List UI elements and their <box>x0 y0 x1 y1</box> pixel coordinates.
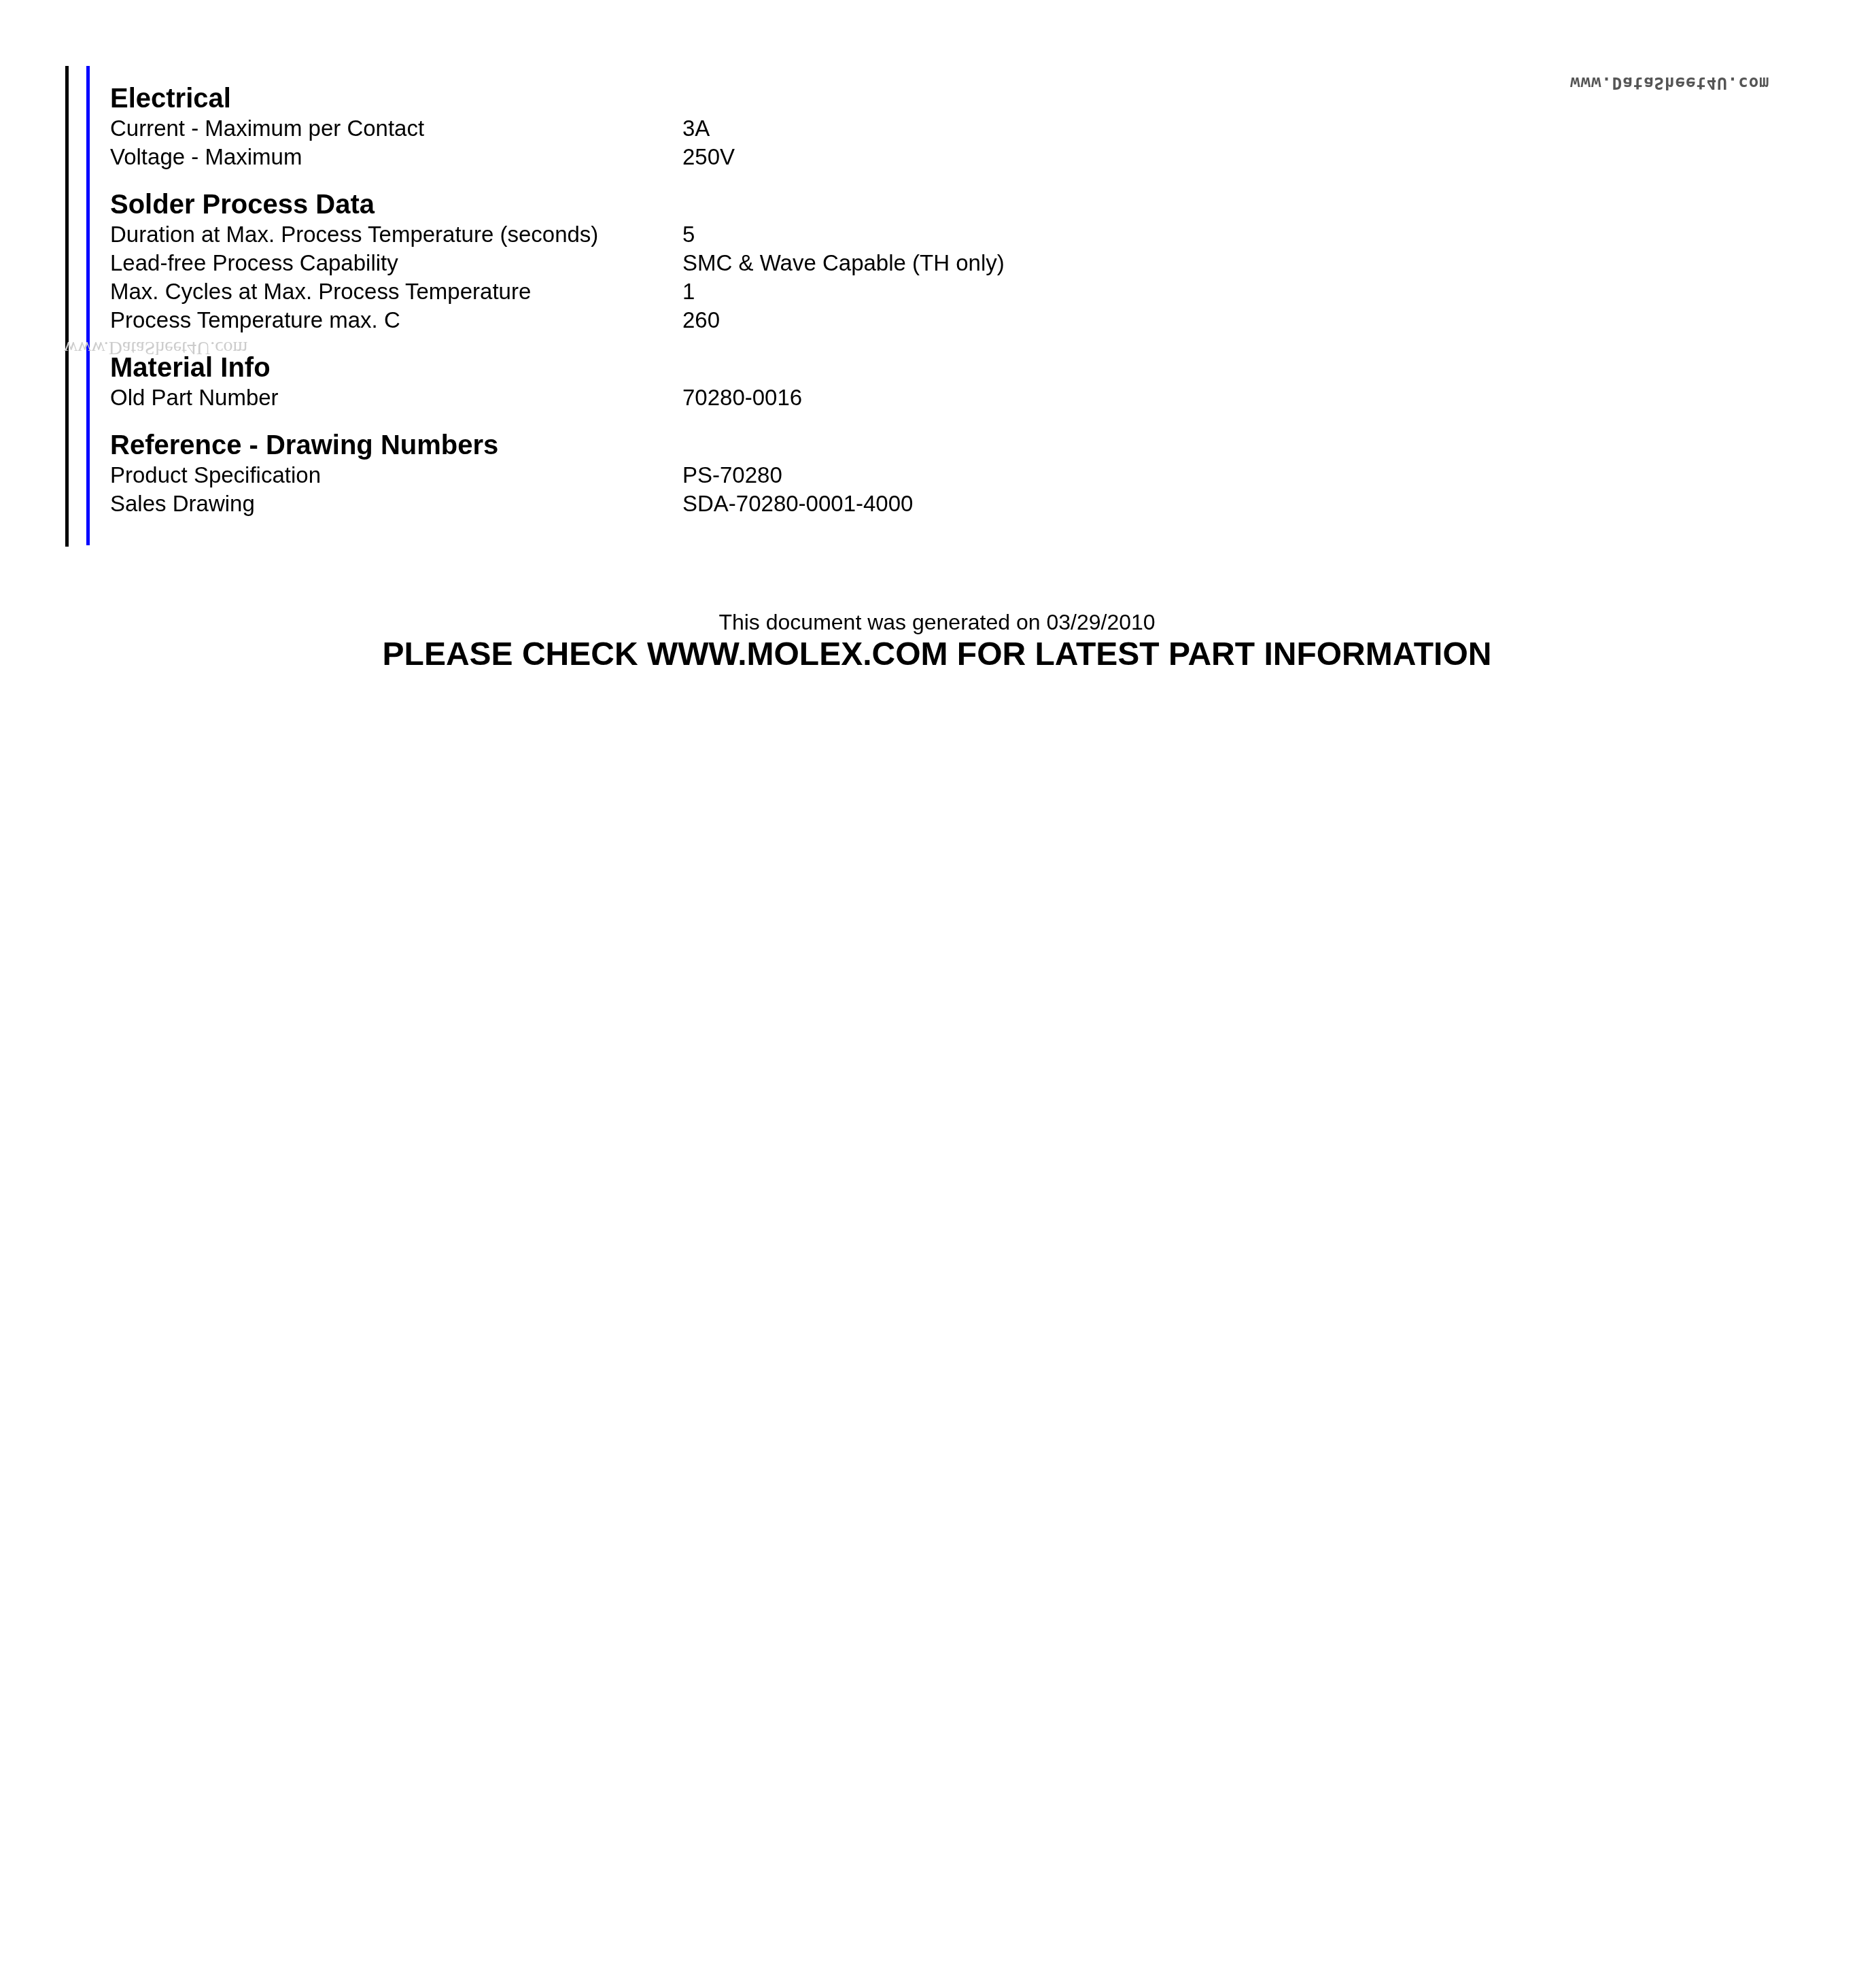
spec-content: Electrical Current - Maximum per Contact… <box>110 83 1198 536</box>
spec-label: Duration at Max. Process Temperature (se… <box>110 220 682 249</box>
spec-row: Process Temperature max. C 260 <box>110 306 1198 335</box>
section-reference-drawing-numbers: Reference - Drawing Numbers Product Spec… <box>110 430 1198 518</box>
spec-label: Product Specification <box>110 461 682 490</box>
spec-value: 3A <box>682 114 1198 143</box>
spec-row: Lead-free Process Capability SMC & Wave … <box>110 249 1198 277</box>
watermark-top-right: www.DataSheet4U.com <box>1570 73 1770 92</box>
spec-row: Duration at Max. Process Temperature (se… <box>110 220 1198 249</box>
spec-value: 70280-0016 <box>682 383 1198 412</box>
spec-label: Max. Cycles at Max. Process Temperature <box>110 277 682 306</box>
left-border-blue <box>86 66 90 545</box>
left-border-black <box>65 66 69 547</box>
spec-value: 260 <box>682 306 1198 335</box>
spec-value: 5 <box>682 220 1198 249</box>
spec-value: SMC & Wave Capable (TH only) <box>682 249 1198 277</box>
section-title: Reference - Drawing Numbers <box>110 430 1198 461</box>
section-title: Solder Process Data <box>110 189 1198 220</box>
spec-row: Current - Maximum per Contact 3A <box>110 114 1198 143</box>
spec-row: Product Specification PS-70280 <box>110 461 1198 490</box>
spec-value: SDA-70280-0001-4000 <box>682 490 1198 518</box>
section-electrical: Electrical Current - Maximum per Contact… <box>110 83 1198 171</box>
spec-label: Old Part Number <box>110 383 682 412</box>
spec-value: 1 <box>682 277 1198 306</box>
spec-row: Voltage - Maximum 250V <box>110 143 1198 171</box>
spec-label: Sales Drawing <box>110 490 682 518</box>
section-title: Material Info <box>110 352 1198 383</box>
check-website-banner: PLEASE CHECK WWW.MOLEX.COM FOR LATEST PA… <box>0 636 1874 674</box>
spec-label: Current - Maximum per Contact <box>110 114 682 143</box>
spec-row: Max. Cycles at Max. Process Temperature … <box>110 277 1198 306</box>
spec-value: PS-70280 <box>682 461 1198 490</box>
spec-label: Voltage - Maximum <box>110 143 682 171</box>
section-solder-process-data: Solder Process Data Duration at Max. Pro… <box>110 189 1198 335</box>
spec-label: Lead-free Process Capability <box>110 249 682 277</box>
spec-value: 250V <box>682 143 1198 171</box>
spec-label: Process Temperature max. C <box>110 306 682 335</box>
spec-row: Sales Drawing SDA-70280-0001-4000 <box>110 490 1198 518</box>
generated-date-note: This document was generated on 03/29/201… <box>0 609 1874 636</box>
section-title: Electrical <box>110 83 1198 114</box>
section-material-info: Material Info Old Part Number 70280-0016 <box>110 352 1198 412</box>
spec-row: Old Part Number 70280-0016 <box>110 383 1198 412</box>
